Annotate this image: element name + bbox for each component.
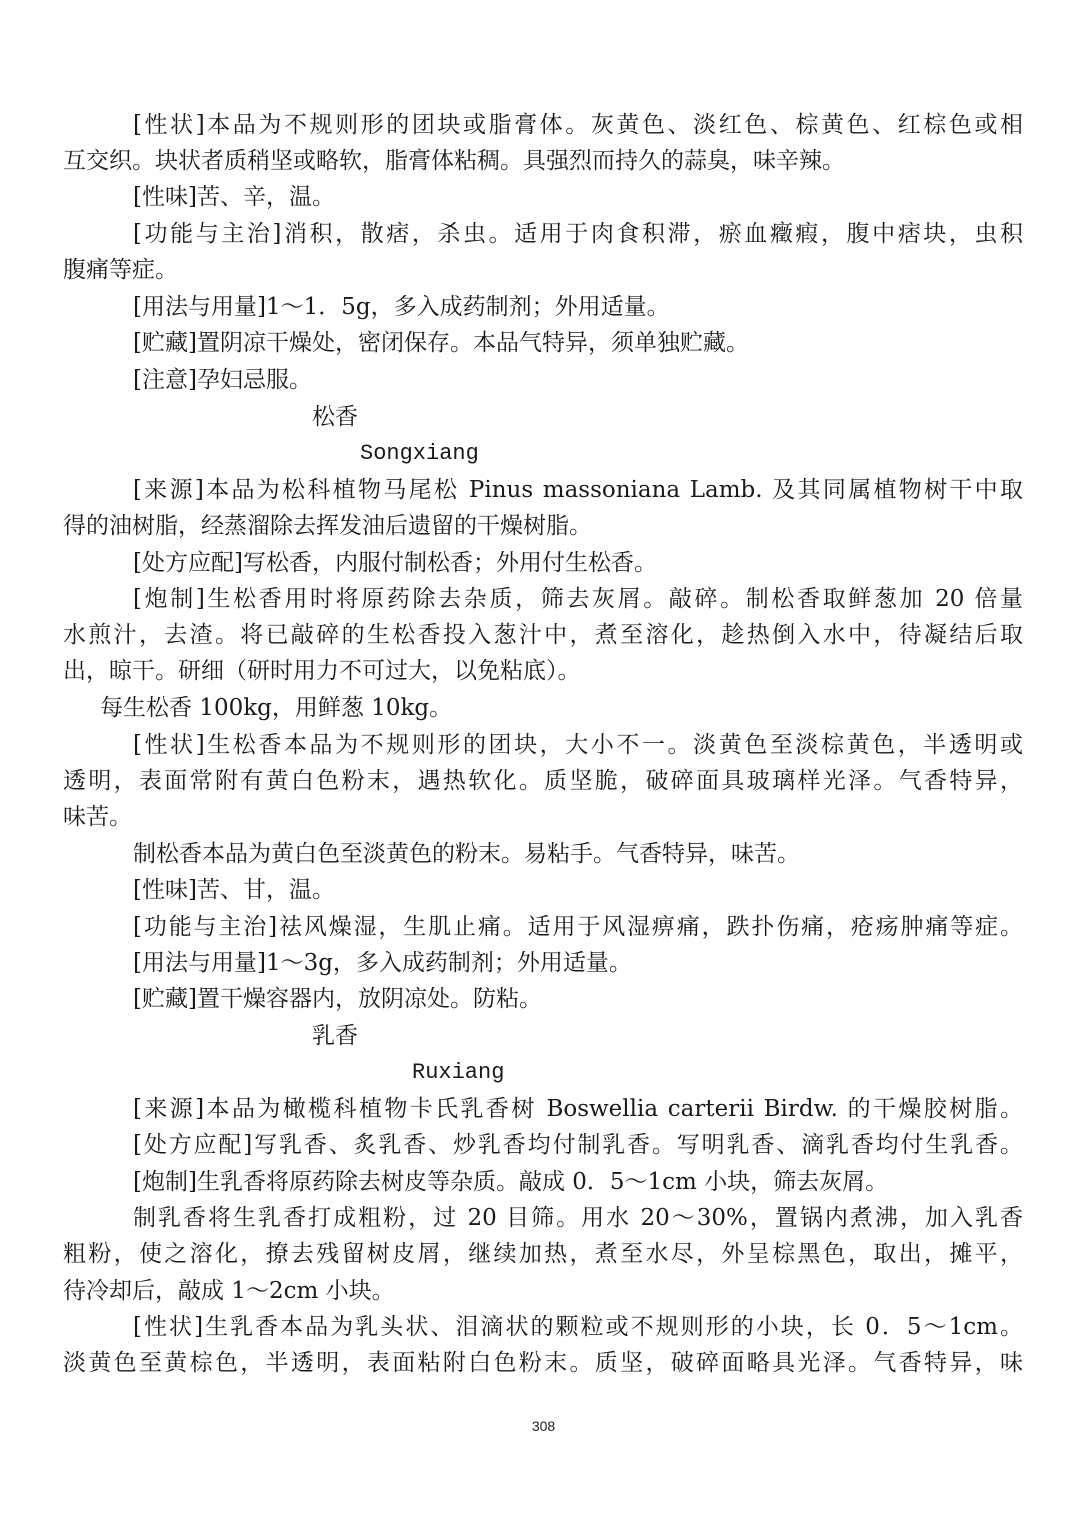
paragraph-line: 得的油树脂，经蒸溜除去挥发油后遗留的干燥树脂。 (63, 511, 592, 541)
paragraph-line: [性状]生松香本品为不规则形的团块，大小不一。淡黄色至淡棕黄色，半透明或 (133, 730, 1023, 760)
document-page: [性状]本品为不规则形的团块或脂膏体。灰黄色、淡红色、棕黄色、红棕色或相 互交织… (0, 0, 1087, 1536)
paragraph-line: [处方应配]写乳香、炙乳香、炒乳香均付制乳香。写明乳香、滴乳香均付生乳香。 (133, 1130, 1023, 1160)
paragraph-line: 制乳香将生乳香打成粗粉，过 20 目筛。用水 20～30%，置锅内煮沸，加入乳香 (133, 1203, 1023, 1233)
paragraph-line: [性状]本品为不规则形的团块或脂膏体。灰黄色、淡红色、棕黄色、红棕色或相 (133, 110, 1023, 140)
page-number: 308 (0, 1418, 1087, 1434)
paragraph-line: [注意]孕妇忌服。 (133, 365, 312, 395)
paragraph-line: [用法与用量]1～1．5g，多入成药制剂；外用适量。 (133, 292, 670, 322)
paragraph-line: [用法与用量]1～3g，多入成药制剂；外用适量。 (133, 948, 632, 978)
paragraph-line: 粗粉，使之溶化，撩去残留树皮屑，继续加热，煮至水尽，外呈棕黑色，取出，摊平， (63, 1239, 1023, 1269)
paragraph-line: [性味]苦、辛，温。 (133, 182, 335, 212)
paragraph-line: 透明，表面常附有黄白色粉末，遇热软化。质坚脆，破碎面具玻璃样光泽。气香特异， (63, 766, 1023, 796)
paragraph-line: 出，晾干。研细（研时用力不可过大，以免粘底）。 (63, 656, 581, 686)
paragraph-line: [性味]苦、甘，温。 (133, 875, 335, 905)
entry-title-pinyin: Ruxiang (412, 1058, 504, 1088)
paragraph-line: [功能与主治]祛风燥湿，生肌止痛。适用于风湿痹痛，跌扑伤痛，疮疡肿痛等症。 (133, 912, 1023, 942)
entry-title-chinese: 松香 (312, 402, 358, 432)
entry-title-chinese: 乳香 (312, 1021, 358, 1051)
paragraph-line: 待冷却后，敲成 1～2cm 小块。 (63, 1276, 395, 1306)
paragraph-line: 淡黄色至黄棕色，半透明，表面粘附白色粉末。质坚，破碎面略具光泽。气香特异，味 (63, 1348, 1023, 1378)
paragraph-line: 水煎汁，去渣。将已敲碎的生松香投入葱汁中，煮至溶化，趁热倒入水中，待凝结后取 (63, 620, 1023, 650)
paragraph-line: [功能与主治]消积，散痞，杀虫。适用于肉食积滞，瘀血癥瘕，腹中痞块，虫积 (133, 219, 1023, 249)
paragraph-line: [贮藏]置阴凉干燥处，密闭保存。本品气特异，须单独贮藏。 (133, 328, 749, 358)
paragraph-line: [炮制]生乳香将原药除去树皮等杂质。敲成 0．5～1cm 小块，筛去灰屑。 (133, 1167, 888, 1197)
paragraph-line: 味苦。 (63, 802, 132, 832)
paragraph-line: 腹痛等症。 (63, 255, 178, 285)
paragraph-line: 互交织。块状者质稍坚或略软，脂膏体粘稠。具强烈而持久的蒜臭，味辛辣。 (63, 146, 845, 176)
paragraph-line: [性状]生乳香本品为乳头状、泪滴状的颗粒或不规则形的小块，长 0．5～1cm。 (133, 1312, 1023, 1342)
paragraph-line: [来源]本品为松科植物马尾松 Pinus massoniana Lamb. 及其… (133, 475, 1023, 505)
entry-title-pinyin: Songxiang (360, 439, 479, 469)
paragraph-line: [贮藏]置干燥容器内，放阴凉处。防粘。 (133, 984, 542, 1014)
paragraph-line: [处方应配]写松香，内服付制松香；外用付生松香。 (133, 548, 657, 578)
paragraph-line: [来源]本品为橄榄科植物卡氏乳香树 Boswellia carterii Bir… (133, 1094, 1023, 1124)
paragraph-line: 每生松香 100kg，用鲜葱 10kg。 (100, 693, 452, 723)
paragraph-line: [炮制]生松香用时将原药除去杂质，筛去灰屑。敲碎。制松香取鲜葱加 20 倍量 (133, 584, 1023, 614)
paragraph-line: 制松香本品为黄白色至淡黄色的粉末。易粘手。气香特异，味苦。 (133, 839, 800, 869)
